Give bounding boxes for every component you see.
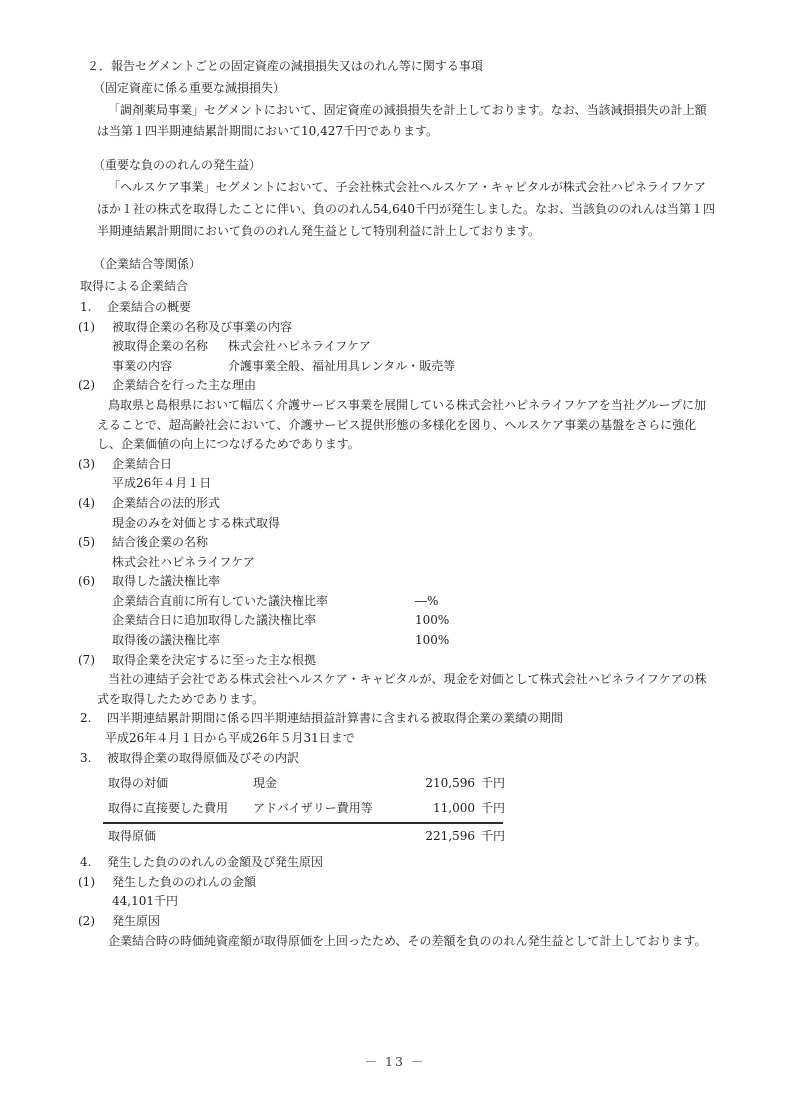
sublist-item-4-legal-form: (4) 企業結合の法的形式 (78, 494, 720, 514)
list-item-title: 四半期連結累計期間に係る四半期連結損益計算書に含まれる被取得企業の業績の期間 (107, 709, 563, 729)
sublist-item-title: 企業結合日 (112, 455, 172, 475)
basis-paragraph-line: 式を取得したためであります。 (97, 690, 720, 710)
impairment-paragraph-line: 「調剤薬局事業」セグメントにおいて、固定資産の減損損失を計上しております。なお、… (108, 100, 720, 122)
sublist-marker: (1) (78, 318, 112, 338)
list-item-2-performance-period: 2. 四半期連結累計期間に係る四半期連結損益計算書に含まれる被取得企業の業績の期… (80, 709, 720, 729)
heading-negative-goodwill: （重要な負ののれんの発生益） (93, 155, 720, 177)
cost-unit: 千円 (475, 774, 505, 794)
list-item-4-negative-goodwill: 4. 発生した負ののれんの金額及び発生原因 (80, 853, 720, 873)
sublist-item-title: 発生原因 (112, 912, 160, 932)
sublist-marker: (4) (78, 494, 112, 514)
sublist-item-title: 企業結合の法的形式 (112, 494, 220, 514)
cost-amount: 210,596 (413, 774, 475, 794)
combination-date-value: 平成26年４月１日 (112, 474, 720, 494)
legal-form-value: 現金のみを対価とする株式取得 (112, 514, 720, 534)
detail-value: 介護事業全般、福祉用具レンタル・販売等 (228, 357, 455, 377)
occurrence-cause-paragraph-line: 企業結合時の時価純資産額が取得原価を上回ったため、その差額を負ののれん発生益とし… (108, 932, 720, 952)
list-item-title: 発生した負ののれんの金額及び発生原因 (107, 853, 323, 873)
negative-goodwill-amount-value: 44,101千円 (112, 892, 720, 912)
list-item-title: 被取得企業の取得原価及びその内訳 (107, 749, 299, 769)
sublist-marker: (6) (78, 572, 112, 592)
page-number: － 13 － (0, 1052, 790, 1070)
sublist-item-2-reason: (2) 企業結合を行った主な理由 (78, 376, 720, 396)
acquisition-cost-table: 取得の対価 現金 210,596 千円 取得に直接要した費用 アドバイザリー費用… (103, 771, 503, 849)
sublist-item-7-basis: (7) 取得企業を決定するに至った主な根拠 (78, 651, 720, 671)
sublist-item-title: 発生した負ののれんの金額 (112, 873, 256, 893)
sublist-item-6-voting-rights: (6) 取得した議決権比率 (78, 572, 720, 592)
sublist-item-title: 被取得企業の名称及び事業の内容 (112, 318, 292, 338)
voting-rights-label: 取得後の議決権比率 (112, 631, 415, 651)
voting-rights-value: 100% (415, 611, 449, 631)
performance-period-value: 平成26年４月１日から平成26年５月31日まで (105, 729, 720, 749)
cost-unit: 千円 (475, 799, 505, 819)
cost-amount: 11,000 (413, 799, 475, 819)
sublist-item-1-acquiree: (1) 被取得企業の名称及び事業の内容 (78, 318, 720, 338)
sublist-marker: (2) (78, 376, 112, 396)
reason-paragraph-line: 鳥取県と島根県において幅広く介護サービス事業を展開している株式会社ハピネライフケ… (108, 396, 720, 416)
cost-total-amount: 221,596 (413, 827, 475, 847)
sublist-item-5-post-combination-name: (5) 結合後企業の名称 (78, 533, 720, 553)
reason-paragraph-line: えることで、超高齢社会において、介護サービス提供形態の多様化を図り、ヘルスケア事… (97, 416, 720, 436)
sublist-item-title: 企業結合を行った主な理由 (112, 376, 256, 396)
reason-paragraph-line: し、企業価値の向上につなげるためであります。 (97, 435, 720, 455)
cost-row-total: 取得原価 221,596 千円 (103, 824, 503, 849)
document-page: ２．報告セグメントごとの固定資産の減損損失又はのれん等に関する事項 （固定資産に… (0, 0, 790, 1118)
sublist-marker: (3) (78, 455, 112, 475)
sublist-marker: (2) (78, 912, 112, 932)
sublist-item-3-combination-date: (3) 企業結合日 (78, 455, 720, 475)
detail-label: 事業の内容 (112, 357, 228, 377)
list-marker: 4. (80, 853, 107, 873)
sublist-item-title: 結合後企業の名称 (112, 533, 208, 553)
sublist-marker: (7) (78, 651, 112, 671)
detail-value: 株式会社ハピネライフケア (228, 337, 371, 357)
heading-impairment-loss: （固定資産に係る重要な減損損失） (93, 78, 720, 100)
voting-rights-value: 100% (415, 631, 449, 651)
cost-label: 取得に直接要した費用 (108, 799, 253, 819)
list-marker: 3. (80, 749, 107, 769)
detail-row-business: 事業の内容 介護事業全般、福祉用具レンタル・販売等 (112, 357, 720, 377)
voting-rights-label: 企業結合直前に所有していた議決権比率 (112, 592, 415, 612)
list-item-3-acquisition-cost: 3. 被取得企業の取得原価及びその内訳 (80, 749, 720, 769)
sublist-item-negative-goodwill-amount: (1) 発生した負ののれんの金額 (78, 873, 720, 893)
cost-row-direct-expenses: 取得に直接要した費用 アドバイザリー費用等 11,000 千円 (103, 796, 503, 821)
cost-label: 取得の対価 (108, 774, 253, 794)
heading-business-combination: （企業結合等関係） (93, 254, 720, 276)
business-combination-subject: 取得による企業結合 (80, 276, 720, 298)
voting-rights-label: 企業結合日に追加取得した議決権比率 (112, 611, 415, 631)
negative-goodwill-paragraph-line: 「ヘルスケア事業」セグメントにおいて、子会社株式会社ヘルスケア・キャピタルが株式… (108, 177, 720, 199)
detail-row-acquiree-name: 被取得企業の名称 株式会社ハピネライフケア (112, 337, 720, 357)
detail-label: 被取得企業の名称 (112, 337, 228, 357)
voting-rights-row-additional: 企業結合日に追加取得した議決権比率 100% (112, 611, 720, 631)
section-title-segment-note: ２．報告セグメントごとの固定資産の減損損失又はのれん等に関する事項 (87, 56, 720, 78)
negative-goodwill-paragraph-line: ほか１社の株式を取得したことに伴い、負ののれん54,640千円が発生しました。な… (97, 199, 720, 221)
cost-total-label: 取得原価 (108, 827, 413, 847)
cost-row-consideration: 取得の対価 現金 210,596 千円 (103, 771, 503, 796)
voting-rights-row-after: 取得後の議決権比率 100% (112, 631, 720, 651)
negative-goodwill-paragraph-line: 半期連結累計期間において負ののれん発生益として特別利益に計上しております。 (97, 221, 720, 243)
sublist-marker: (1) (78, 873, 112, 893)
list-item-1-overview: 1. 企業結合の概要 (80, 298, 720, 318)
page-content: ２．報告セグメントごとの固定資産の減損損失又はのれん等に関する事項 （固定資産に… (78, 56, 720, 951)
basis-paragraph-line: 当社の連結子会社である株式会社ヘルスケア・キャピタルが、現金を対価として株式会社… (108, 670, 720, 690)
sublist-item-occurrence-cause: (2) 発生原因 (78, 912, 720, 932)
voting-rights-row-before: 企業結合直前に所有していた議決権比率 ―% (112, 592, 720, 612)
cost-detail: アドバイザリー費用等 (253, 799, 413, 819)
impairment-paragraph-line: は当第１四半期連結累計期間において10,427千円であります。 (97, 121, 720, 143)
business-combination-list: 1. 企業結合の概要 (1) 被取得企業の名称及び事業の内容 被取得企業の名称 … (78, 298, 720, 951)
sublist-marker: (5) (78, 533, 112, 553)
cost-detail: 現金 (253, 774, 413, 794)
list-marker: 1. (80, 298, 107, 318)
sublist-item-title: 取得した議決権比率 (112, 572, 220, 592)
list-marker: 2. (80, 709, 107, 729)
cost-total-unit: 千円 (475, 827, 505, 847)
list-item-title: 企業結合の概要 (107, 298, 191, 318)
post-combination-name-value: 株式会社ハピネライフケア (112, 553, 720, 573)
sublist-item-title: 取得企業を決定するに至った主な根拠 (112, 651, 316, 671)
voting-rights-value: ―% (415, 592, 438, 612)
